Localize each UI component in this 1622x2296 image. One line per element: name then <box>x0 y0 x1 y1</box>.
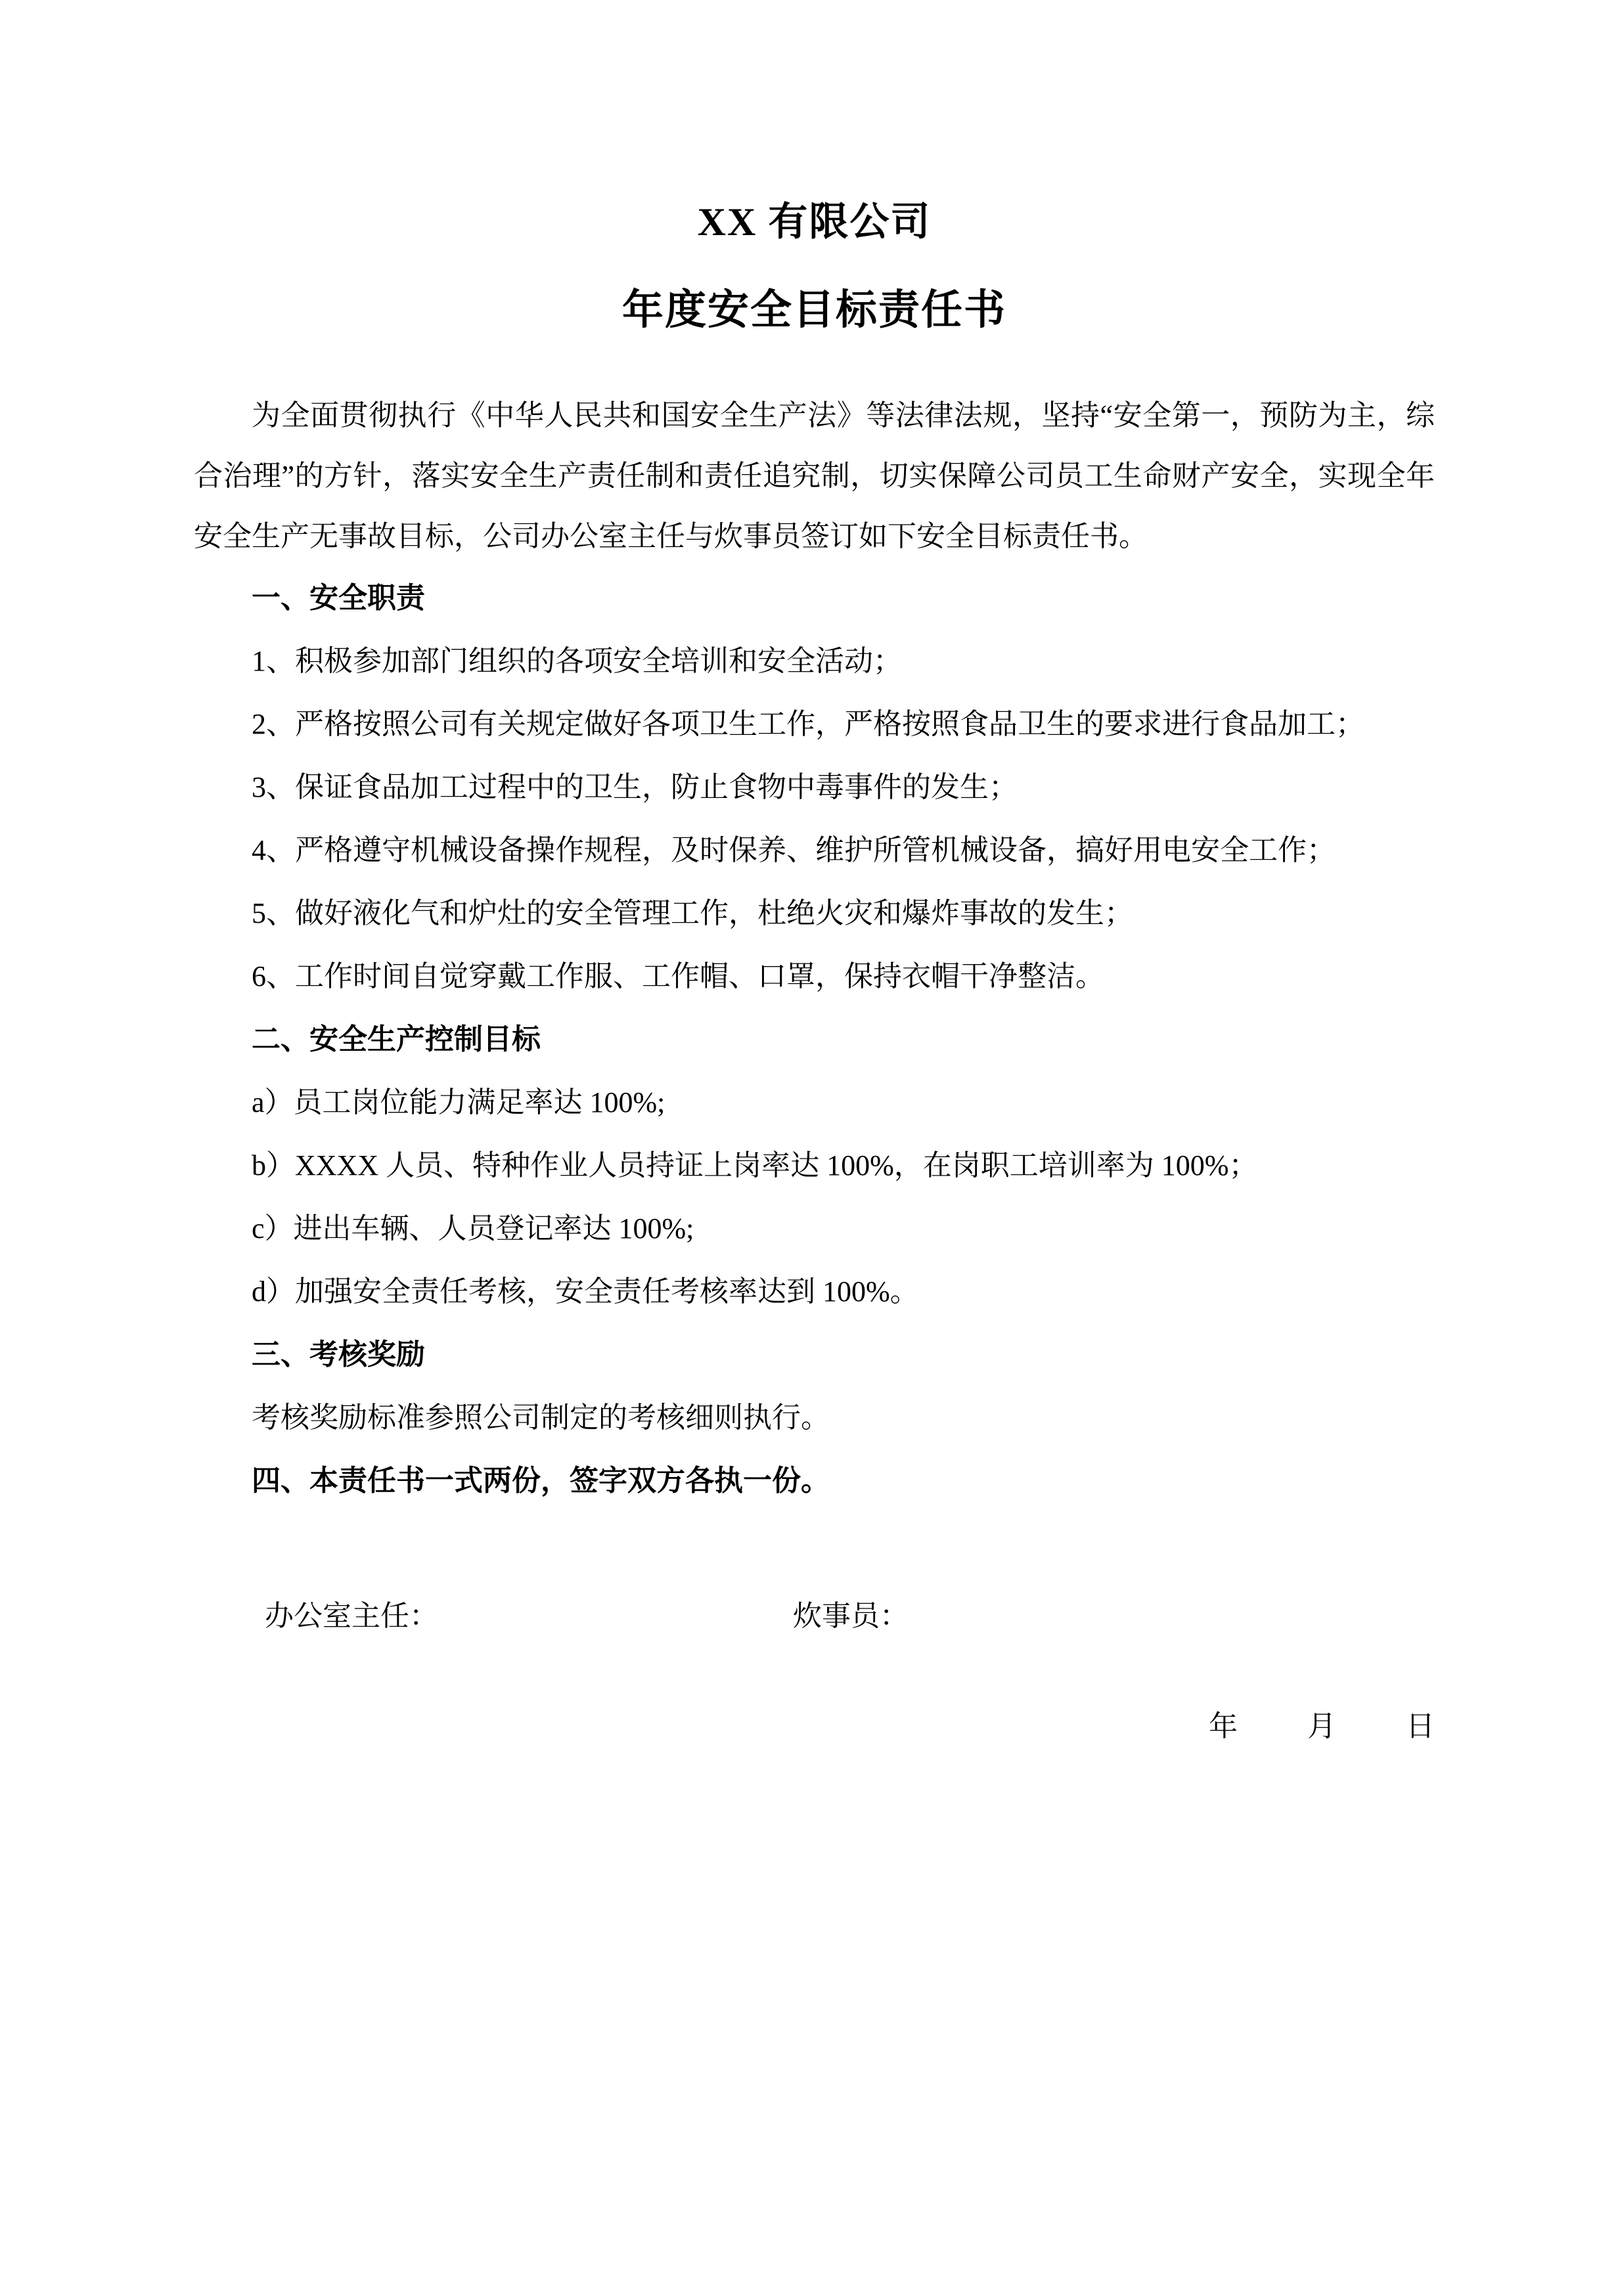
office-director-label: 办公室主任： <box>265 1600 438 1632</box>
section-2-item-b: b）XXXX 人员、特种作业人员持证上岗率达 100%，在岗职工培训率为 100… <box>194 1134 1435 1197</box>
document-title: 年度安全目标责任书 <box>194 280 1435 340</box>
section-2-item-d: d）加强安全责任考核，安全责任考核率达到 100%。 <box>194 1260 1435 1323</box>
section-2-item-a: a）员工岗位能力满足率达 100%; <box>194 1071 1435 1134</box>
year-label: 年 <box>1209 1710 1238 1742</box>
section-1-item-3: 3、保证食品加工过程中的卫生，防止食物中毒事件的发生； <box>194 756 1435 819</box>
company-title: XX 有限公司 <box>194 194 1435 250</box>
section-1-item-1: 1、积极参加部门组织的各项安全培训和安全活动； <box>194 630 1435 693</box>
section-2-item-c: c）进出车辆、人员登记率达 100%; <box>194 1197 1435 1260</box>
section-1-heading: 一、安全职责 <box>194 567 1435 630</box>
month-label: 月 <box>1307 1710 1336 1742</box>
section-1-item-6: 6、工作时间自觉穿戴工作服、工作帽、口罩，保持衣帽干净整洁。 <box>194 945 1435 1008</box>
section-1-item-4: 4、严格遵守机械设备操作规程，及时保养、维护所管机械设备，搞好用电安全工作； <box>194 819 1435 882</box>
date-row: 年月日 <box>194 1695 1435 1758</box>
section-3-heading: 三、考核奖励 <box>194 1323 1435 1386</box>
section-3-body: 考核奖励标准参照公司制定的考核细则执行。 <box>194 1386 1435 1449</box>
document-page: XX 有限公司 年度安全目标责任书 为全面贯彻执行《中华人民共和国安全生产法》等… <box>0 0 1622 2296</box>
cook-label: 炊事员： <box>793 1600 909 1632</box>
section-4-heading: 四、本责任书一式两份，签字双方各执一份。 <box>194 1449 1435 1512</box>
section-1-item-2: 2、严格按照公司有关规定做好各项卫生工作，严格按照食品卫生的要求进行食品加工； <box>194 693 1435 756</box>
section-1-item-5: 5、做好液化气和炉灶的安全管理工作，杜绝火灾和爆炸事故的发生； <box>194 882 1435 945</box>
section-2-heading: 二、安全生产控制目标 <box>194 1008 1435 1071</box>
day-label: 日 <box>1406 1710 1435 1742</box>
intro-paragraph: 为全面贯彻执行《中华人民共和国安全生产法》等法律法规，坚持“安全第一，预防为主，… <box>194 386 1435 567</box>
signature-row: 办公室主任：炊事员： <box>194 1585 1435 1648</box>
